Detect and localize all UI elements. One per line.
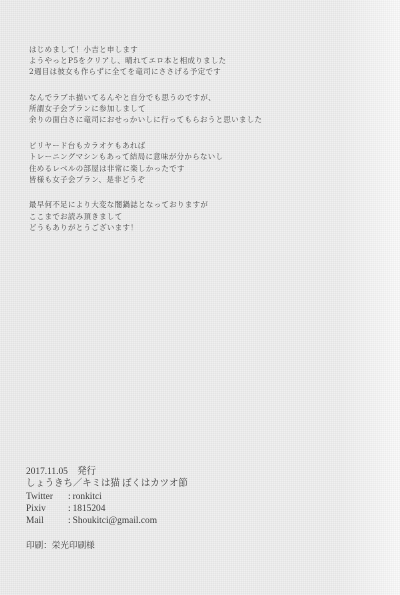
text-line: ようやっとP5をクリアし、晴れてエロ本と相成りました (29, 55, 329, 66)
text-line: 所謂女子会プランに参加しまして (29, 103, 329, 114)
text-line: 最早何不足により大変な闇鍋誌となっておりますが (29, 199, 329, 210)
text-line: どうもありがとうございます！ (29, 222, 329, 233)
contact-label: Mail (26, 515, 68, 527)
text-line: トレーニングマシンもあって結局に意味が分からないし (29, 151, 329, 162)
text-line: はじめまして！小吉と申します (29, 44, 329, 55)
contact-label: Twitter (26, 491, 68, 503)
contact-label: Pixiv (26, 503, 68, 515)
email-address: Shoukitci@gmail.com (73, 516, 157, 526)
afterword-paragraph-4: 最早何不足により大変な闇鍋誌となっておりますが ここまでお読み頂きまして どうも… (29, 199, 329, 233)
circle-and-title: しょうきち／キミは猫 ぼくはカツオ節 (26, 478, 246, 490)
contact-separator: : (68, 504, 71, 514)
text-line: 住めるレベルの部屋は非常に楽しかったです (29, 163, 329, 174)
twitter-handle: ronkitci (73, 492, 102, 502)
text-line: 余りの面白さに竜司におせっかいしに行ってもらおうと思いました (29, 114, 329, 125)
book-back-page: はじめまして！小吉と申します ようやっとP5をクリアし、晴れてエロ本と相成りまし… (0, 0, 400, 595)
pixiv-id: 1815204 (73, 504, 106, 514)
printer-credit: 印刷：栄光印刷様 (26, 540, 95, 552)
contact-mail: Mail:Shoukitci@gmail.com (26, 515, 246, 527)
contact-separator: : (68, 516, 71, 526)
text-line: なんでラブホ描いてるんやと自分でも思うのですが、 (29, 92, 329, 103)
text-line: 皆様も女子会プラン、是非どうぞ (29, 174, 329, 185)
colophon: 2017.11.05 発行 しょうきち／キミは猫 ぼくはカツオ節 Twitter… (26, 466, 246, 527)
contact-twitter: Twitter:ronkitci (26, 491, 246, 503)
afterword-paragraph-2: なんでラブホ描いてるんやと自分でも思うのですが、 所謂女子会プランに参加しまして… (29, 92, 329, 126)
contact-separator: : (68, 492, 71, 502)
publication-date: 2017.11.05 発行 (26, 466, 246, 478)
afterword-paragraph-3: ビリヤード台もカラオケもあれば トレーニングマシンもあって結局に意味が分からない… (29, 140, 329, 185)
text-line: ここまでお読み頂きまして (29, 211, 329, 222)
text-line: 2週目は彼女も作らずに全てを竜司にささげる予定です (29, 66, 329, 77)
afterword-paragraph-1: はじめまして！小吉と申します ようやっとP5をクリアし、晴れてエロ本と相成りまし… (29, 44, 329, 78)
text-line: ビリヤード台もカラオケもあれば (29, 140, 329, 151)
contact-pixiv: Pixiv:1815204 (26, 503, 246, 515)
afterword-text: はじめまして！小吉と申します ようやっとP5をクリアし、晴れてエロ本と相成りまし… (29, 44, 329, 247)
